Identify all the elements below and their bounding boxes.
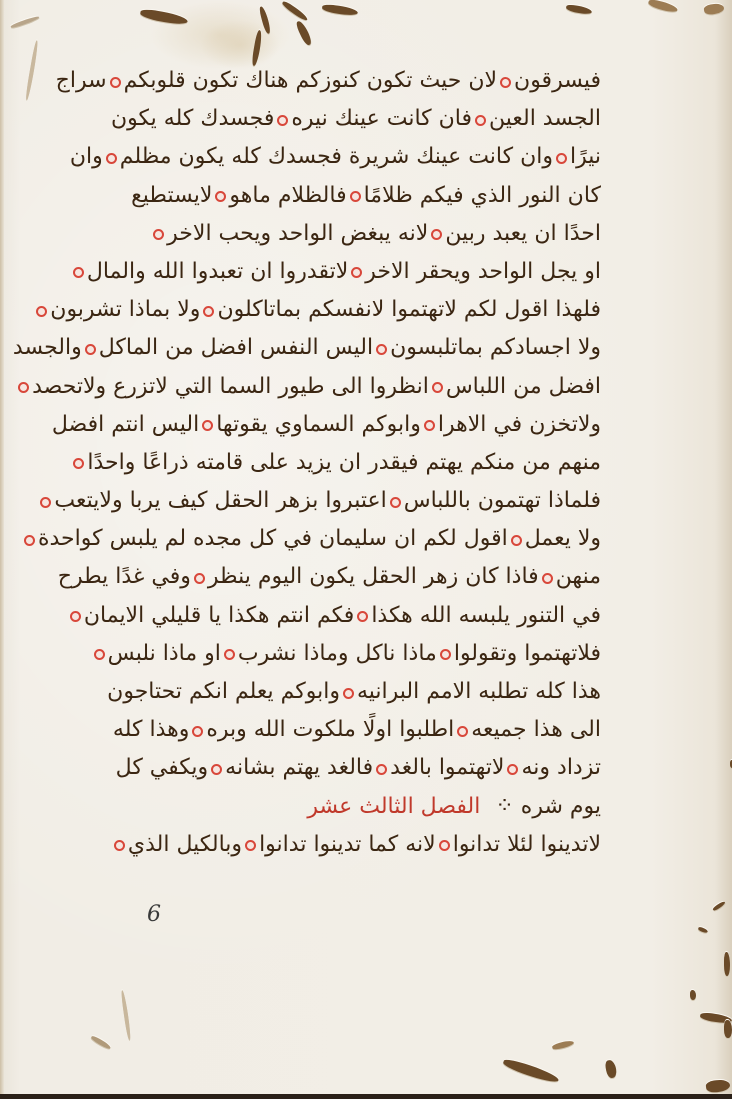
text-segment: اعتبروا بزهر الحقل كيف يربا ولايتعب: [54, 488, 386, 513]
text-segment: فالظلام ماهو: [229, 183, 346, 208]
verse-marker-icon: [507, 764, 518, 775]
text-segment: وان كانت عينك شريرة فجسدك كله يكون مظلم: [120, 144, 553, 169]
page-gutter-edge: [0, 0, 4, 1094]
verse-marker-icon: [224, 649, 235, 660]
text-segment: وبالكيل الذي: [128, 832, 242, 857]
wormhole-damage: [121, 990, 132, 1040]
text-segment: فان كانت عينك نيره: [291, 106, 472, 131]
verse-marker-icon: [70, 611, 81, 622]
verse-marker-icon: [350, 191, 361, 202]
text-segment: فاذا كان زهر الحقل يكون اليوم ينظر: [208, 564, 539, 589]
verse-marker-icon: [203, 306, 214, 317]
text-segment: افضل من اللباس: [446, 374, 601, 399]
verse-marker-icon: [215, 191, 226, 202]
verse-marker-icon: [192, 726, 203, 737]
text-segment: او يجل الواحد ويحقر الاخر: [365, 259, 601, 284]
text-segment: وهذا كله: [113, 717, 189, 742]
verse-marker-icon: [357, 611, 368, 622]
verse-marker-icon: [351, 267, 362, 278]
wormhole-damage: [25, 40, 39, 100]
section-divider-icon: ⁘: [495, 794, 513, 819]
text-line-16: فلاتهتموا وتقولواماذا ناكل وماذا نشرباو …: [176, 635, 601, 673]
verse-marker-icon: [431, 229, 442, 240]
verse-marker-icon: [475, 115, 486, 126]
verse-marker-icon: [376, 344, 387, 355]
verse-marker-icon: [542, 573, 553, 584]
text-line-1: فيسرقونلان حيث تكون كنوزكم هناك تكون قلو…: [176, 62, 601, 100]
wormhole-damage: [705, 1078, 730, 1093]
verse-marker-icon: [343, 688, 354, 699]
verse-marker-icon: [114, 840, 125, 851]
text-segment: منهم من منكم يهتم فيقدر ان يزيد على قامت…: [87, 450, 601, 475]
wormhole-damage: [605, 1059, 618, 1078]
text-segment: كان النور الذي فيكم ظلامًا: [364, 183, 601, 208]
verse-marker-icon: [194, 573, 205, 584]
verse-marker-icon: [153, 229, 164, 240]
wormhole-damage: [698, 926, 709, 933]
verse-marker-icon: [376, 764, 387, 775]
text-segment: فلماذا تهتمون باللباس: [404, 488, 601, 513]
text-line-3: نيرًاوان كانت عينك شريرة فجسدك كله يكون …: [176, 138, 601, 176]
verse-marker-icon: [202, 420, 213, 431]
text-segment: وفي غدًا يطرح: [58, 564, 191, 589]
wormhole-damage: [281, 0, 309, 22]
text-segment: ولا اجسادكم بماتلبسون: [390, 335, 601, 360]
text-segment: يوم شره: [521, 794, 601, 819]
text-segment: فالغد يهتم بشانه: [225, 755, 373, 780]
text-segment: وان: [70, 144, 103, 169]
text-segment: في التنور يلبسه الله هكذا: [371, 603, 601, 628]
verse-marker-icon: [277, 115, 288, 126]
manuscript-text-block: فيسرقونلان حيث تكون كنوزكم هناك تكون قلو…: [176, 62, 601, 864]
text-segment: لاتدينوا لئلا تدانوا: [453, 832, 601, 857]
verse-marker-icon: [424, 420, 435, 431]
text-segment: هذا كله تطلبه الامم البرانيه: [357, 679, 601, 704]
wormhole-damage: [647, 0, 678, 14]
text-segment: لايستطيع: [131, 183, 212, 208]
text-segment: نيرًا: [570, 144, 601, 169]
text-line-21: لاتدينوا لئلا تدانوالانه كما تدينوا تدان…: [176, 826, 601, 864]
text-segment: منهن: [556, 564, 601, 589]
text-line-20-rubric: يوم شره ⁘ الفصل الثالث عشر: [176, 788, 601, 826]
text-line-5: احدًا ان يعبد ربينلانه يبغض الواحد ويحب …: [176, 215, 601, 253]
wormhole-damage: [10, 15, 40, 29]
verse-marker-icon: [73, 458, 84, 469]
text-line-2: الجسد العينفان كانت عينك نيرهفجسدك كله ي…: [176, 100, 601, 138]
text-segment: وابوكم السماوي يقوتها: [216, 412, 421, 437]
verse-marker-icon: [106, 153, 117, 164]
text-segment: والجسد: [13, 335, 82, 360]
wormhole-damage: [712, 900, 726, 911]
text-segment: انظروا الى طيور السما التي لاتزرع ولاتحص…: [32, 374, 429, 399]
text-line-14: منهنفاذا كان زهر الحقل يكون اليوم ينظروف…: [176, 558, 601, 596]
text-segment: احدًا ان يعبد ربين: [445, 221, 601, 246]
text-line-8: ولا اجسادكم بماتلبسوناليس النفس افضل من …: [176, 329, 601, 367]
text-line-6: او يجل الواحد ويحقر الاخرلاتقدروا ان تعب…: [176, 253, 601, 291]
text-segment: فجسدك كله يكون: [111, 106, 274, 131]
text-segment: لان حيث تكون كنوزكم هناك تكون قلوبكم: [124, 68, 497, 93]
verse-marker-icon: [40, 497, 51, 508]
verse-marker-icon: [556, 153, 567, 164]
verse-marker-icon: [500, 77, 511, 88]
verse-marker-icon: [24, 535, 35, 546]
chapter-heading-rubric: الفصل الثالث عشر: [307, 794, 488, 819]
verse-marker-icon: [36, 306, 47, 317]
wormhole-damage: [322, 4, 359, 17]
text-segment: اقول لكم ان سليمان في كل مجده لم يلبس كو…: [38, 526, 508, 551]
text-segment: فلهذا اقول لكم لاتهتموا لانفسكم بماتاكلو…: [217, 297, 601, 322]
text-segment: سراج: [56, 68, 107, 93]
text-segment: فلاتهتموا وتقولوا: [454, 641, 601, 666]
text-segment: لاتقدروا ان تعبدوا الله والمال: [87, 259, 348, 284]
text-segment: لانه كما تدينوا تدانوا: [259, 832, 436, 857]
text-line-13: ولا يعملاقول لكم ان سليمان في كل مجده لم…: [176, 520, 601, 558]
text-line-4: كان النور الذي فيكم ظلامًافالظلام ماهولا…: [176, 177, 601, 215]
wormhole-damage: [566, 4, 593, 15]
verse-marker-icon: [390, 497, 401, 508]
verse-marker-icon: [440, 649, 451, 660]
verse-marker-icon: [73, 267, 84, 278]
verse-marker-icon: [85, 344, 96, 355]
text-line-15: في التنور يلبسه الله هكذافكم انتم هكذا ي…: [176, 597, 601, 635]
verse-marker-icon: [110, 77, 121, 88]
text-line-17: هذا كله تطلبه الامم البرانيهوابوكم يعلم …: [176, 673, 601, 711]
verse-marker-icon: [94, 649, 105, 660]
wormhole-damage: [552, 1039, 575, 1050]
text-line-12: فلماذا تهتمون باللباساعتبروا بزهر الحقل …: [176, 482, 601, 520]
manuscript-page: فيسرقونلان حيث تكون كنوزكم هناك تكون قلو…: [0, 0, 732, 1094]
wormhole-damage: [724, 1020, 732, 1038]
text-segment: ولا بماذا تشربون: [50, 297, 200, 322]
text-line-7: فلهذا اقول لكم لاتهتموا لانفسكم بماتاكلو…: [176, 291, 601, 329]
text-segment: وابوكم يعلم انكم تحتاجون: [107, 679, 340, 704]
verse-marker-icon: [457, 726, 468, 737]
verse-marker-icon: [245, 840, 256, 851]
page-bottom-edge: [0, 1094, 732, 1099]
text-line-10: ولاتخزن في الاهراوابوكم السماوي يقوتهاال…: [176, 406, 601, 444]
text-segment: اليس النفس افضل من الماكل: [99, 335, 373, 360]
text-segment: ولا يعمل: [525, 526, 601, 551]
text-segment: اليس انتم افضل: [52, 412, 199, 437]
wormhole-damage: [90, 1035, 112, 1050]
wormhole-damage: [724, 952, 730, 976]
text-segment: الجسد العين: [489, 106, 601, 131]
verse-marker-icon: [18, 382, 29, 393]
folio-number: 6: [147, 902, 161, 927]
wormhole-damage: [502, 1057, 560, 1084]
text-segment: تزداد ونه: [521, 755, 601, 780]
verse-marker-icon: [511, 535, 522, 546]
wormhole-damage: [295, 20, 313, 47]
text-line-19: تزداد ونهلاتهتموا بالغدفالغد يهتم بشانهو…: [176, 749, 601, 787]
verse-marker-icon: [439, 840, 450, 851]
text-segment: فيسرقون: [514, 68, 601, 93]
text-segment: لاتهتموا بالغد: [390, 755, 504, 780]
text-segment: الى هذا جميعه: [471, 717, 601, 742]
verse-marker-icon: [432, 382, 443, 393]
text-line-18: الى هذا جميعهاطلبوا اولًا ملكوت الله وبر…: [176, 711, 601, 749]
wormhole-damage: [690, 990, 696, 1000]
text-segment: اطلبوا اولًا ملكوت الله وبره: [206, 717, 454, 742]
wormhole-damage: [703, 2, 724, 15]
text-line-9: افضل من اللباسانظروا الى طيور السما التي…: [176, 368, 601, 406]
text-segment: او ماذا نلبس: [108, 641, 221, 666]
text-line-11: منهم من منكم يهتم فيقدر ان يزيد على قامت…: [176, 444, 601, 482]
verse-marker-icon: [211, 764, 222, 775]
text-segment: ماذا ناكل وماذا نشرب: [238, 641, 437, 666]
text-segment: ويكفي كل: [116, 755, 209, 780]
text-segment: فكم انتم هكذا يا قليلي الايمان: [84, 603, 354, 628]
text-segment: ولاتخزن في الاهرا: [438, 412, 601, 437]
text-segment: لانه يبغض الواحد ويحب الاخر: [167, 221, 428, 246]
